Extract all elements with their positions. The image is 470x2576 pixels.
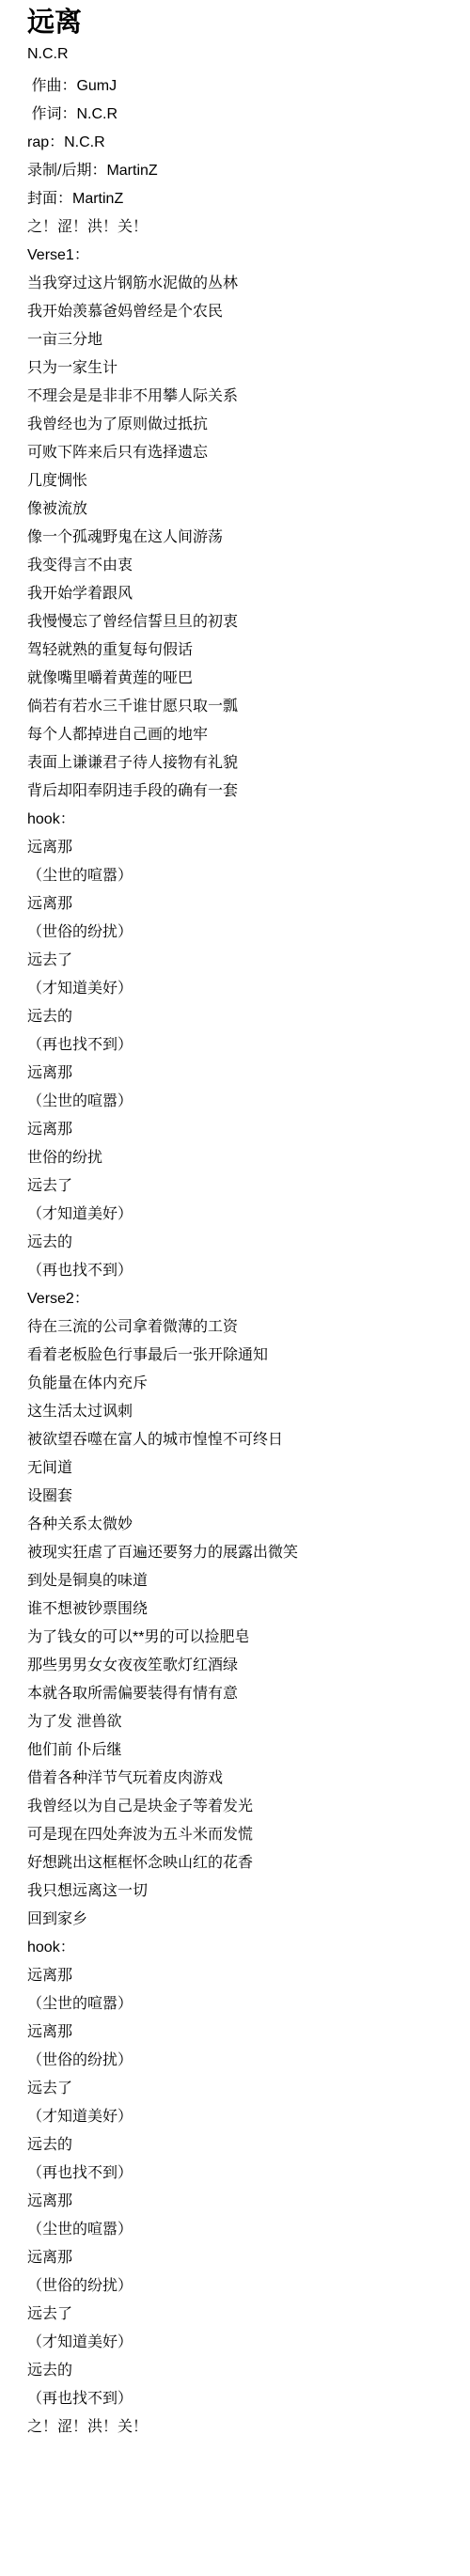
lyrics-body: 作曲：GumJ 作词：N.C.Rrap：N.C.R录制/后期：MartinZ封面… bbox=[27, 72, 455, 2442]
lyric-line: rap：N.C.R bbox=[27, 129, 455, 157]
lyric-line: Verse1： bbox=[27, 242, 455, 270]
lyric-line: 为了钱女的可以**男的可以捡肥皂 bbox=[27, 1624, 455, 1652]
lyric-line: 我曾经也为了原则做过抵抗 bbox=[27, 411, 455, 439]
lyric-line: 之！涩！洪！关！ bbox=[27, 213, 455, 242]
lyric-line: 为了发 泄兽欲 bbox=[27, 1708, 455, 1736]
lyric-line: 远去了 bbox=[27, 2301, 455, 2329]
lyric-line: 远去了 bbox=[27, 1172, 455, 1201]
lyric-line: 背后却阳奉阴违手段的确有一套 bbox=[27, 778, 455, 806]
lyric-line: 看着老板脸色行事最后一张开除通知 bbox=[27, 1342, 455, 1370]
lyric-line: （再也找不到） bbox=[27, 2385, 455, 2413]
lyric-line: 各种关系太微妙 bbox=[27, 1511, 455, 1539]
lyric-line: 不理会是是非非不用攀人际关系 bbox=[27, 383, 455, 411]
lyric-line: （再也找不到） bbox=[27, 1257, 455, 1285]
lyric-line: 本就各取所需偏要装得有情有意 bbox=[27, 1680, 455, 1708]
lyric-line: 远离那 bbox=[27, 1962, 455, 1990]
lyric-line: 远去了 bbox=[27, 2075, 455, 2103]
lyric-line: 那些男男女女夜夜笙歌灯红酒绿 bbox=[27, 1652, 455, 1680]
lyric-line: （才知道美好） bbox=[27, 2103, 455, 2131]
lyric-line: 我慢慢忘了曾经信誓旦旦的初衷 bbox=[27, 608, 455, 636]
lyric-line: 表面上谦谦君子待人接物有礼貌 bbox=[27, 749, 455, 778]
lyric-line: 被欲望吞噬在富人的城市惶惶不可终日 bbox=[27, 1426, 455, 1454]
lyric-line: 远去的 bbox=[27, 1003, 455, 1031]
lyric-line: 他们前 仆后继 bbox=[27, 1736, 455, 1765]
lyric-line: （尘世的喧嚣） bbox=[27, 1088, 455, 1116]
lyric-line: hook： bbox=[27, 806, 455, 834]
lyric-line: 远离那 bbox=[27, 1060, 455, 1088]
lyric-line: 只为一家生计 bbox=[27, 354, 455, 383]
lyric-line: 远去了 bbox=[27, 947, 455, 975]
lyric-line: （才知道美好） bbox=[27, 2329, 455, 2357]
lyric-line: （再也找不到） bbox=[27, 1031, 455, 1060]
lyric-line: 驾轻就熟的重复每句假话 bbox=[27, 636, 455, 665]
lyric-line: 录制/后期：MartinZ bbox=[27, 157, 455, 185]
lyric-line: 远离那 bbox=[27, 890, 455, 919]
lyric-line: 像被流放 bbox=[27, 495, 455, 524]
lyric-line: 作曲：GumJ bbox=[27, 72, 455, 101]
lyric-line: 可败下阵来后只有选择遗忘 bbox=[27, 439, 455, 467]
lyric-line: （尘世的喧嚣） bbox=[27, 862, 455, 890]
lyric-line: 我变得言不由衷 bbox=[27, 552, 455, 580]
lyric-line: 负能量在体内充斥 bbox=[27, 1370, 455, 1398]
lyric-line: 之！涩！洪！关！ bbox=[27, 2413, 455, 2442]
lyric-line: 封面：MartinZ bbox=[27, 185, 455, 213]
lyric-line: 这生活太过讽刺 bbox=[27, 1398, 455, 1426]
lyric-line: 作词：N.C.R bbox=[27, 101, 455, 129]
lyric-line: 回到家乡 bbox=[27, 1906, 455, 1934]
lyric-line: （才知道美好） bbox=[27, 975, 455, 1003]
lyric-line: 我只想远离这一切 bbox=[27, 1877, 455, 1906]
artist-name: N.C.R bbox=[27, 41, 455, 68]
lyric-line: 待在三流的公司拿着微薄的工资 bbox=[27, 1313, 455, 1342]
lyric-line: 设圈套 bbox=[27, 1483, 455, 1511]
lyric-line: 几度惆怅 bbox=[27, 467, 455, 495]
lyric-line: 远离那 bbox=[27, 2188, 455, 2216]
lyric-line: 我开始羡慕爸妈曾经是个农民 bbox=[27, 298, 455, 326]
lyric-line: 我曾经以为自己是块金子等着发光 bbox=[27, 1793, 455, 1821]
lyric-line: 每个人都掉进自己画的地牢 bbox=[27, 721, 455, 749]
lyric-line: 远去的 bbox=[27, 2131, 455, 2160]
lyric-line: （世俗的纷扰） bbox=[27, 919, 455, 947]
lyric-line: 可是现在四处奔波为五斗米而发慌 bbox=[27, 1821, 455, 1849]
lyric-line: 一亩三分地 bbox=[27, 326, 455, 354]
lyric-line: 好想跳出这框框怀念映山红的花香 bbox=[27, 1849, 455, 1877]
lyric-line: 到处是铜臭的味道 bbox=[27, 1567, 455, 1595]
lyric-line: 远离那 bbox=[27, 2244, 455, 2272]
lyric-line: 无间道 bbox=[27, 1454, 455, 1483]
lyric-line: 倘若有若水三千谁甘愿只取一瓢 bbox=[27, 693, 455, 721]
song-title: 远离 bbox=[27, 4, 455, 41]
lyric-line: （再也找不到） bbox=[27, 2160, 455, 2188]
lyric-line: 远离那 bbox=[27, 834, 455, 862]
lyric-line: （尘世的喧嚣） bbox=[27, 1990, 455, 2018]
lyric-line: （世俗的纷扰） bbox=[27, 2047, 455, 2075]
lyric-line: 远去的 bbox=[27, 2357, 455, 2385]
lyric-line: （尘世的喧嚣） bbox=[27, 2216, 455, 2244]
lyric-line: （才知道美好） bbox=[27, 1201, 455, 1229]
lyric-line: 我开始学着跟风 bbox=[27, 580, 455, 608]
lyric-line: 远离那 bbox=[27, 2018, 455, 2047]
lyric-line: 远离那 bbox=[27, 1116, 455, 1144]
lyric-line: （世俗的纷扰） bbox=[27, 2272, 455, 2301]
lyrics-page: 远离 N.C.R 作曲：GumJ 作词：N.C.Rrap：N.C.R录制/后期：… bbox=[0, 0, 470, 2442]
lyric-line: Verse2： bbox=[27, 1285, 455, 1313]
lyric-line: 被现实狂虐了百遍还要努力的展露出微笑 bbox=[27, 1539, 455, 1567]
lyric-line: 远去的 bbox=[27, 1229, 455, 1257]
lyric-line: 世俗的纷扰 bbox=[27, 1144, 455, 1172]
lyric-line: 像一个孤魂野鬼在这人间游荡 bbox=[27, 524, 455, 552]
lyric-line: 谁不想被钞票围绕 bbox=[27, 1595, 455, 1624]
lyric-line: hook： bbox=[27, 1934, 455, 1962]
lyric-line: 就像嘴里嚼着黄莲的哑巴 bbox=[27, 665, 455, 693]
lyric-line: 借着各种洋节气玩着皮肉游戏 bbox=[27, 1765, 455, 1793]
lyric-line: 当我穿过这片钢筋水泥做的丛林 bbox=[27, 270, 455, 298]
